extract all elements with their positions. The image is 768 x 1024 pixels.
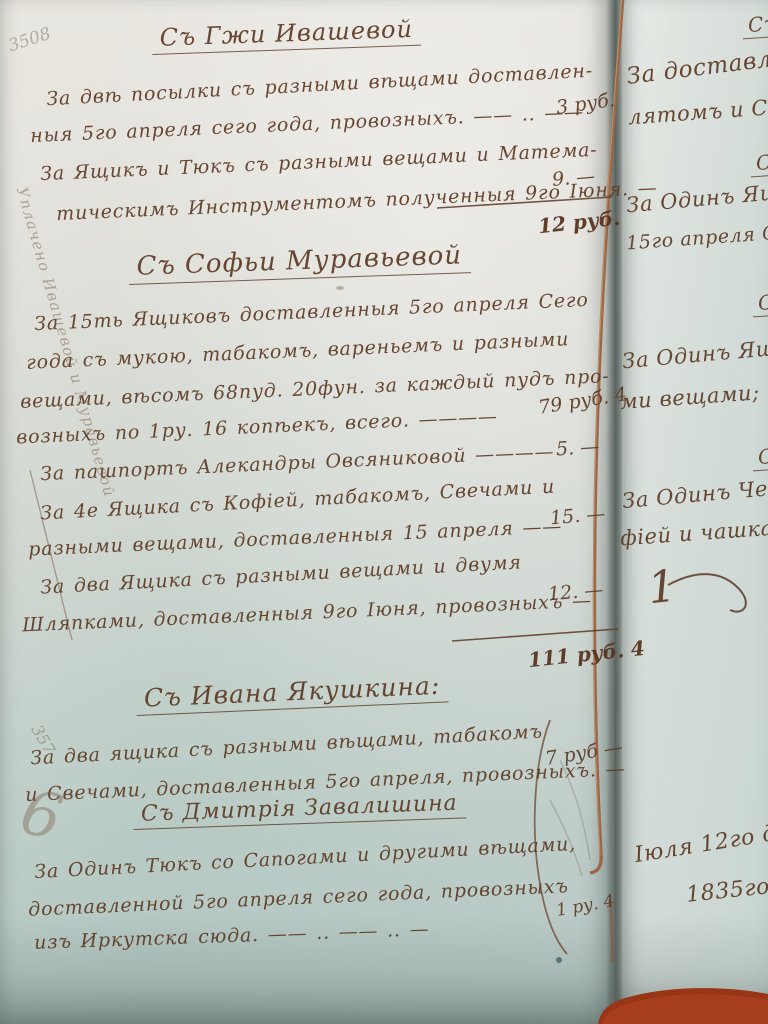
ink-smudge xyxy=(336,286,344,290)
right-section-heading: Съ xyxy=(741,11,768,40)
right-section-heading: Съ xyxy=(749,149,768,178)
entry-amount: 5. — xyxy=(555,436,600,461)
right-section-heading: Съ xyxy=(751,443,768,472)
right-sum-figure: 1 xyxy=(645,561,679,615)
manuscript-photo: Съ Гжи Ивашевой За двѣ посылки съ разным… xyxy=(0,0,768,1024)
entry-amount: 9. — xyxy=(551,165,596,191)
right-section-heading: Съ xyxy=(751,289,768,318)
ink-speck xyxy=(556,957,562,963)
book-gutter xyxy=(606,0,622,1024)
right-page xyxy=(618,0,768,1024)
